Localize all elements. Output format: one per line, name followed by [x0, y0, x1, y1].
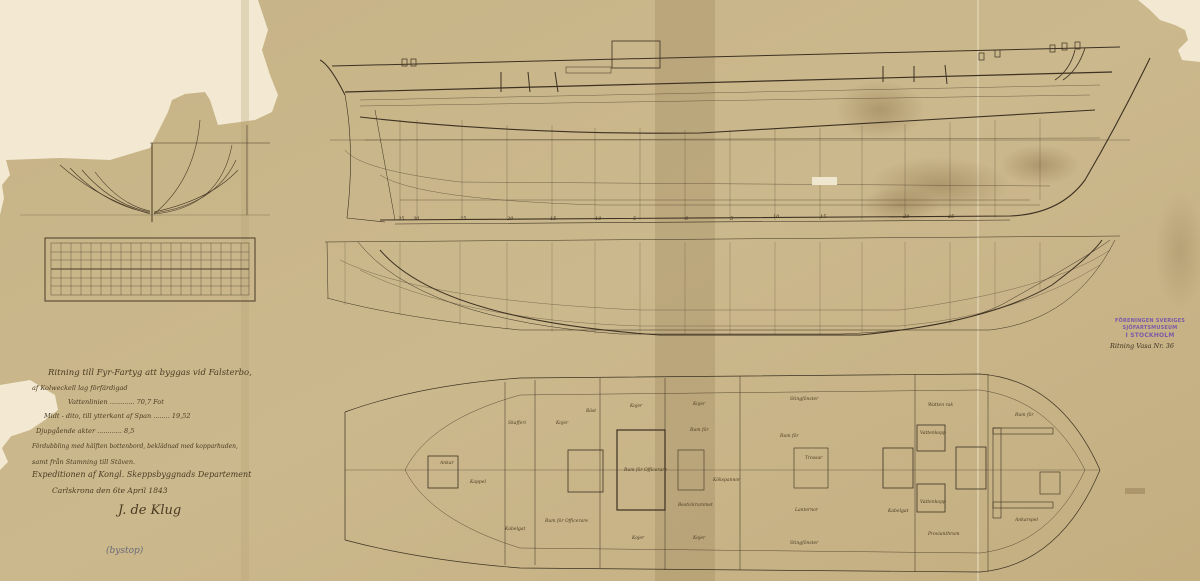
deck-label: Kökspannor	[713, 478, 740, 483]
svg-text:10: 10	[773, 214, 780, 220]
deck-label: Kojer	[556, 421, 568, 426]
museum-stamp: FÖRENINGEN SVERIGES SJÖFARTSMUSEUM I STO…	[1108, 318, 1192, 339]
svg-text:15: 15	[820, 214, 826, 220]
deck-label: Stingfönster	[790, 397, 818, 402]
deck-label: Kojer	[693, 402, 705, 407]
deck-label: Kojer	[693, 536, 705, 541]
deck-label: Rum för Officerare	[545, 519, 588, 524]
title-line-2: af Kolweckell lag förfärdigad	[32, 384, 128, 392]
title-line-7: samt från Stamning till Stäven.	[32, 458, 135, 466]
title-line-9: Carlskrona den 6te April 1843	[52, 486, 168, 495]
deck-label: Kabelgat	[505, 527, 525, 532]
title-line-5: Djupgående akter ............ 8,5	[36, 427, 134, 435]
svg-text:25: 25	[947, 214, 954, 220]
svg-text:20: 20	[902, 214, 910, 220]
deck-label: Ankarspel	[1015, 518, 1038, 523]
title-line-3: Vattenlinien ............ 70,7 Fot	[68, 398, 164, 406]
title-line-1: Ritning till Fyr-Fartyg att byggas vid F…	[48, 368, 252, 378]
svg-text:5: 5	[633, 216, 636, 222]
title-line-4: Midt - dito, till ytterkant af Span ....…	[44, 412, 190, 420]
catalog-number: Ritning Vasa Nr. 36	[1110, 342, 1174, 350]
deck-label: Trossar	[805, 456, 822, 461]
ship-plan-drawing: 353025 201510 505 101520 25	[0, 0, 1200, 581]
deck-label: Watten rak	[928, 403, 953, 408]
svg-text:5: 5	[730, 216, 733, 222]
title-line-8: Expeditionen af Kongl. Skeppsbyggnads De…	[32, 470, 251, 479]
deck-label: Kabelgat	[888, 509, 908, 514]
stamp-line-2: I STOCKHOLM	[1108, 332, 1192, 339]
deck-label: Stingfönster	[790, 541, 818, 546]
svg-text:15: 15	[550, 216, 556, 222]
deck-label: Rum för	[780, 434, 799, 439]
deck-label: Vattenkopp	[920, 431, 946, 436]
deck-label: Provianthrum	[928, 532, 959, 537]
bystop-note: (bystop)	[106, 546, 143, 556]
deck-label: Vattenkopp	[920, 500, 946, 505]
title-line-6: Fördubbling med hälften bottenbord, bekl…	[32, 443, 238, 450]
stamp-line-1: FÖRENINGEN SVERIGES SJÖFARTSMUSEUM	[1108, 318, 1192, 332]
deck-label: Ankar	[440, 461, 454, 466]
svg-text:20: 20	[506, 216, 514, 222]
deck-label: Kojer	[632, 536, 644, 541]
svg-text:35: 35	[398, 216, 404, 222]
paper-tear-mark	[812, 177, 837, 185]
deck-label: Rum för	[690, 428, 709, 433]
deck-label: Kappel	[470, 480, 486, 485]
deck-label: Kojer	[630, 404, 642, 409]
svg-text:10: 10	[595, 216, 602, 222]
deck-label: Rum för Officerare	[624, 468, 667, 473]
deck-label: Rum för	[1015, 413, 1034, 418]
deck-label: Bestickrummet	[678, 503, 713, 508]
svg-text:25: 25	[459, 216, 466, 222]
deck-label: Lanternor	[795, 508, 818, 513]
svg-text:30: 30	[413, 216, 420, 222]
signature: J. de Klug	[118, 503, 181, 518]
deck-label: Skafferi	[508, 421, 526, 426]
deck-label: Bäst	[586, 409, 596, 414]
